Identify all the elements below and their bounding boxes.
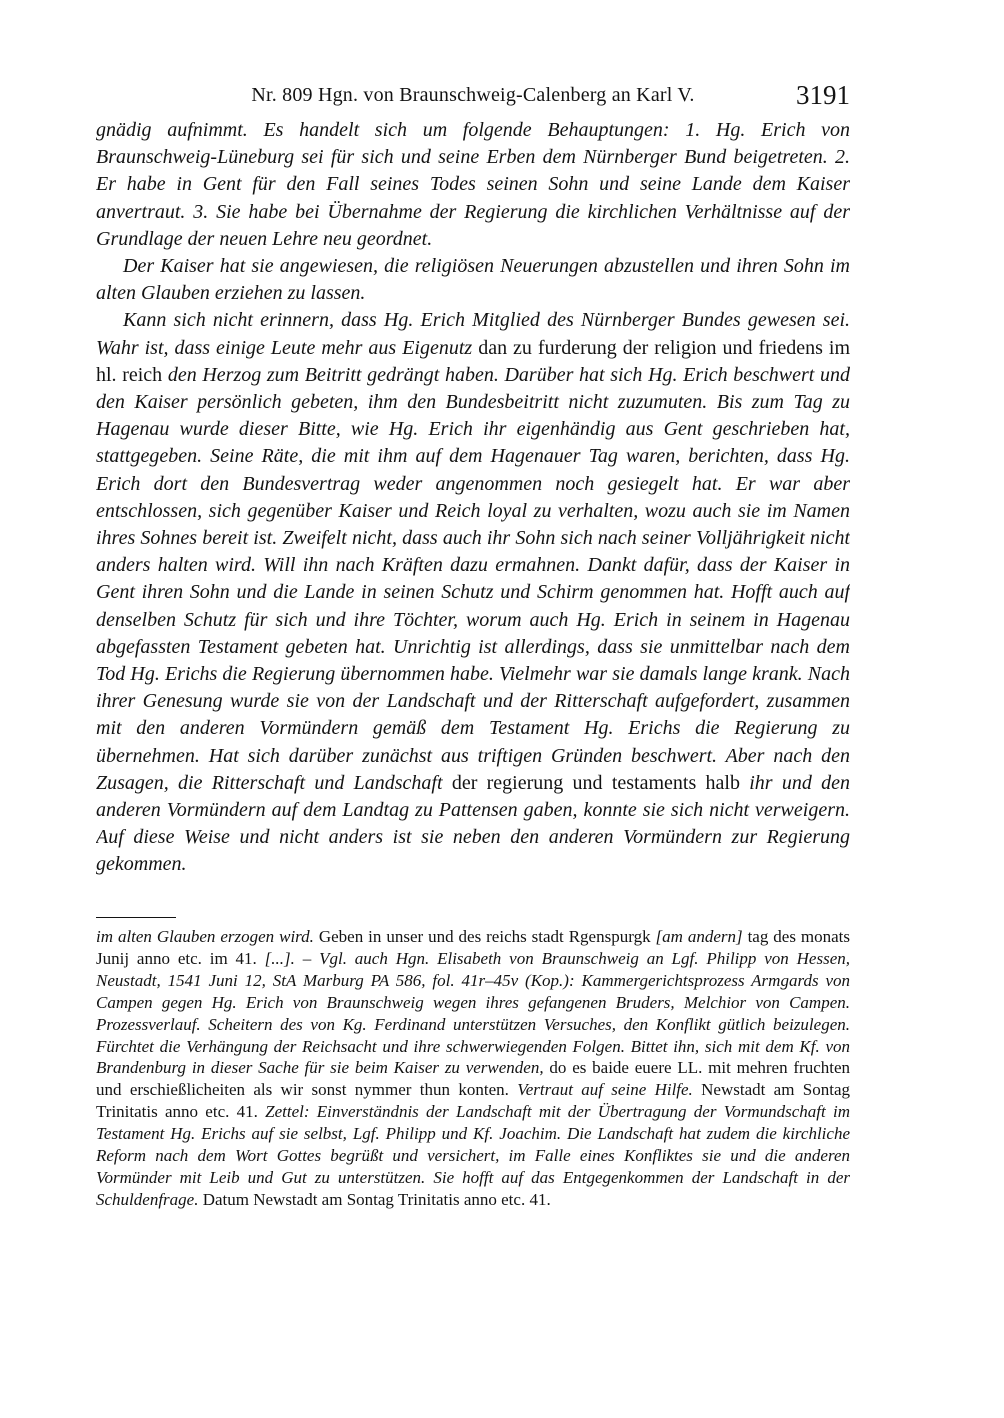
body-text: gnädig aufnimmt. Es handelt sich um folg… — [96, 117, 850, 919]
running-head-title: Nr. 809 Hgn. von Braunschweig-Calenberg … — [96, 80, 850, 110]
text-segment-italic: gnädig aufnimmt. Es handelt sich um folg… — [96, 119, 850, 250]
text-segment-italic: den Herzog zum Beitritt gedrängt haben. … — [96, 364, 850, 794]
text-segment-roman: der regierung und testaments halb — [452, 772, 749, 794]
text-segment-roman: Geben in unser und des reichs stadt Rgen… — [319, 927, 656, 946]
text-segment-roman: Datum Newstadt am Sontag Trinitatis anno… — [203, 1190, 551, 1209]
page-number: 3191 — [796, 80, 850, 110]
text-segment-italic: Der Kaiser hat sie angewiesen, die relig… — [96, 255, 850, 304]
footnote-paragraph: im alten Glauben erzogen wird. Geben in … — [96, 926, 850, 1211]
text-segment-italic: [am andern] — [656, 927, 748, 946]
footnote-text: im alten Glauben erzogen wird. Geben in … — [96, 926, 850, 1211]
text-segment-italic: im alten Glauben erzogen wird. — [96, 927, 319, 946]
running-head: Nr. 809 Hgn. von Braunschweig-Calenberg … — [96, 80, 850, 110]
footnote-separator-rule — [96, 917, 176, 918]
paragraph: gnädig aufnimmt. Es handelt sich um folg… — [96, 117, 850, 253]
paragraph: Kann sich nicht erinnern, dass Hg. Erich… — [96, 307, 850, 878]
book-page: Nr. 809 Hgn. von Braunschweig-Calenberg … — [0, 0, 1004, 1418]
paragraph: Der Kaiser hat sie angewiesen, die relig… — [96, 253, 850, 307]
footnote-apparatus: im alten Glauben erzogen wird. Geben in … — [96, 917, 850, 1211]
text-segment-italic: Vertraut auf seine Hilfe. — [517, 1080, 701, 1099]
